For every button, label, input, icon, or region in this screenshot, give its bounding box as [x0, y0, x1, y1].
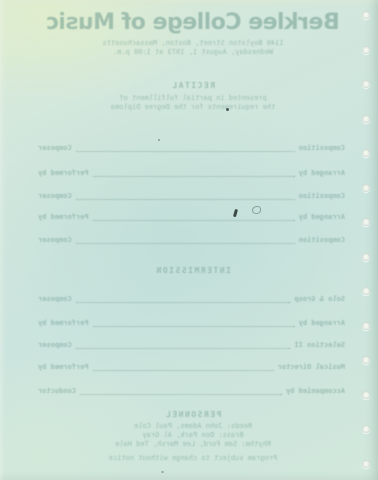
ink-dot — [158, 139, 160, 141]
dotted-leader — [76, 301, 291, 303]
form-row: Arranged by Performed by — [38, 319, 345, 328]
punch-hole — [362, 149, 370, 157]
personnel-footer-line: Program subject to change without notice — [34, 454, 352, 462]
punch-hole — [362, 460, 370, 468]
date-line: Wednesday, August 1, 1973 at 1:00 p.m. — [34, 48, 352, 56]
bleed-through-layer: Berklee College of Music 1140 Boylston S… — [0, 0, 378, 480]
punch-hole — [362, 425, 370, 433]
row-left-label: Composition — [299, 144, 345, 153]
form-row: Musical Director Performed by — [38, 363, 345, 372]
punch-hole — [362, 356, 370, 364]
punch-hole — [362, 322, 370, 330]
row-right-label: Performed by — [38, 363, 89, 372]
recital-heading: RECITAL — [34, 81, 352, 90]
form-row: Arranged by Performed by — [38, 213, 345, 222]
personnel-line: Reeds: John Adams, Paul Cole — [34, 422, 352, 430]
dotted-leader — [93, 175, 295, 177]
row-right-label: Composer — [38, 144, 72, 153]
punch-hole — [362, 80, 370, 88]
ink-scribble — [252, 206, 261, 214]
form-row: Composition Composer — [38, 144, 345, 153]
punch-hole — [362, 11, 370, 19]
row-left-label: Composition — [299, 192, 345, 201]
row-right-label: Performed by — [38, 319, 89, 328]
punch-hole — [362, 115, 370, 123]
dotted-leader — [76, 347, 291, 349]
row-left-label: Arranged by — [299, 319, 345, 328]
recital-subline-1: presented in partial fulfillment of — [34, 94, 352, 102]
form-row: Accompanied by Conductor — [38, 387, 345, 396]
intermission-heading: INTERMISSION — [34, 266, 352, 275]
college-logo-text: Berklee College of Music — [34, 10, 352, 35]
form-row: Solo & Group Composer — [38, 295, 345, 304]
row-right-label: Conductor — [38, 387, 76, 396]
form-row: Composition Composer — [38, 236, 345, 245]
row-right-label: Performed by — [38, 169, 89, 178]
dotted-leader — [76, 198, 295, 200]
ink-dot — [226, 108, 229, 111]
dotted-leader — [76, 242, 295, 244]
punch-hole — [362, 253, 370, 261]
dotted-leader — [93, 325, 295, 327]
dotted-leader — [93, 219, 295, 221]
punch-hole — [362, 46, 370, 54]
personnel-heading: PERSONNEL — [34, 410, 352, 419]
dotted-leader — [80, 393, 282, 395]
row-left-label: Selection II — [294, 341, 345, 350]
punch-hole — [362, 287, 370, 295]
recital-subline-2: the requirements for the Degree Diploma — [34, 103, 352, 111]
personnel-line: Brass: Don Park, Al Gray — [34, 431, 352, 439]
row-left-label: Musical Director — [278, 363, 345, 372]
punch-hole — [362, 391, 370, 399]
row-right-label: Composer — [38, 236, 72, 245]
punch-hole — [362, 184, 370, 192]
row-left-label: Arranged by — [299, 169, 345, 178]
form-row: Composition Composer — [38, 192, 345, 201]
row-left-label: Accompanied by — [286, 387, 345, 396]
row-left-label: Arranged by — [299, 213, 345, 222]
form-row: Arranged by Performed by — [38, 169, 345, 178]
row-right-label: Composer — [38, 192, 72, 201]
scanned-program-page: Berklee College of Music 1140 Boylston S… — [0, 0, 378, 480]
row-right-label: Performed by — [38, 213, 89, 222]
ink-dot — [161, 471, 164, 473]
row-right-label: Composer — [38, 295, 72, 304]
personnel-line: Rhythm: Sam Ford, Lee Marsh, Ted Hale — [34, 440, 352, 448]
dotted-leader — [93, 369, 274, 371]
row-right-label: Composer — [38, 341, 72, 350]
row-left-label: Composition — [299, 236, 345, 245]
form-row: Selection II Composer — [38, 341, 345, 350]
punch-hole — [362, 218, 370, 226]
row-left-label: Solo & Group — [294, 295, 345, 304]
dotted-leader — [76, 150, 295, 152]
address-line: 1140 Boylston Street, Boston, Massachuse… — [34, 39, 352, 47]
